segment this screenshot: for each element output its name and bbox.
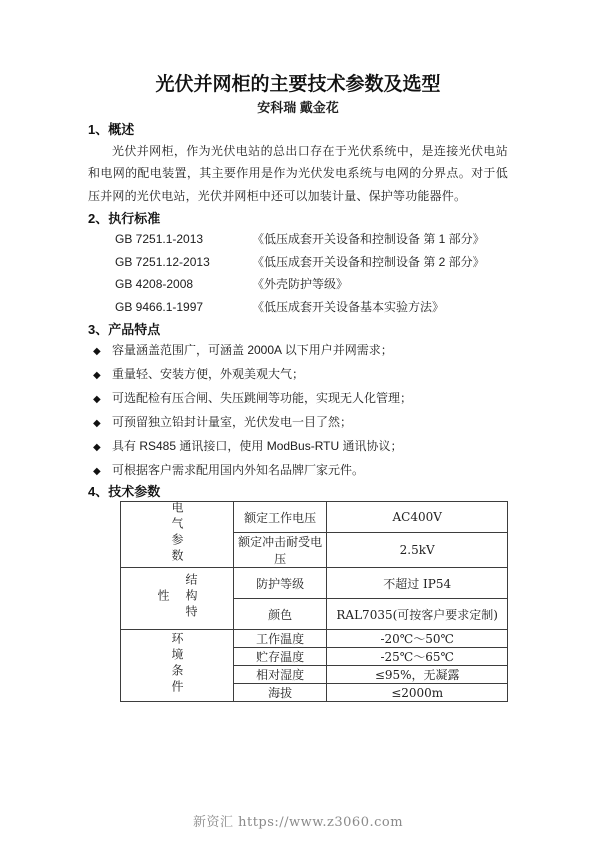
param-value: ≤95%，无凝露 [327,666,508,684]
standard-title: 《外壳防护等级》 [252,273,508,296]
param-name: 颜色 [234,599,327,630]
param-name: 额定工作电压 [234,502,327,533]
overview-paragraph: 光伏并网柜，作为光伏电站的总出口存在于光伏系统中，是连接光伏电站和电网的配电装置… [88,140,508,207]
standard-code: GB 4208-2008 [115,273,252,296]
diamond-bullet-icon: ◆ [93,340,112,363]
param-name: 海拔 [234,684,327,702]
feature-text: 可根据客户需求配用国内外知名品牌厂家元件。 [112,459,508,482]
standards-list: GB 7251.1-2013 《低压成套开关设备和控制设备 第 1 部分》 GB… [88,227,508,318]
standard-item: GB 4208-2008 《外壳防护等级》 [88,273,508,296]
standard-item: GB 7251.1-2013 《低压成套开关设备和控制设备 第 1 部分》 [88,228,508,251]
diamond-bullet-icon: ◆ [93,460,112,483]
param-name: 贮存温度 [234,648,327,666]
group-label-text: 环境条件 [163,632,191,696]
group-label-structure: 结构特性 [121,568,234,630]
section-heading-parameters: 4、技术参数 [88,483,508,500]
group-label-text: 结构特性 [149,568,205,628]
section-heading-standards: 2、执行标准 [88,210,508,227]
param-name: 相对湿度 [234,666,327,684]
feature-item: ◆ 重量轻、安装方便，外观美观大气； [88,363,508,387]
standard-title: 《低压成套开关设备和控制设备 第 2 部分》 [252,251,508,274]
feature-text: 可选配检有压合闸、失压跳闸等功能，实现无人化管理； [112,387,508,410]
param-value: 不超过 IP54 [327,568,508,599]
feature-text: 容量涵盖范围广，可涵盖 2000A 以下用户并网需求； [112,339,508,362]
param-name: 工作温度 [234,630,327,648]
table-row: 环境条件 工作温度 -20℃～50℃ [121,630,508,648]
diamond-bullet-icon: ◆ [93,412,112,435]
document-body: 1、概述 光伏并网柜，作为光伏电站的总出口存在于光伏系统中，是连接光伏电站和电网… [88,121,508,702]
page-title: 光伏并网柜的主要技术参数及选型 [0,73,596,97]
feature-text: 重量轻、安装方便，外观美观大气； [112,363,508,386]
table-row: 电气参数 额定工作电压 AC400V [121,502,508,533]
param-name: 额定冲击耐受电压 [234,533,327,568]
feature-item: ◆ 具有 RS485 通讯接口，使用 ModBus-RTU 通讯协议； [88,435,508,459]
standard-title: 《低压成套开关设备基本实验方法》 [252,296,508,319]
footer-watermark: 新资汇 https://www.z3060.com [0,811,596,830]
param-value: -25℃～65℃ [327,648,508,666]
parameters-table: 电气参数 额定工作电压 AC400V 额定冲击耐受电压 2.5kV 结构特性 防… [120,501,508,702]
param-value: AC400V [327,502,508,533]
feature-item: ◆ 可预留独立铅封计量室，光伏发电一目了然； [88,411,508,435]
feature-item: ◆ 可选配检有压合闸、失压跳闸等功能，实现无人化管理； [88,387,508,411]
group-label-environment: 环境条件 [121,630,234,702]
author-line: 安科瑞 戴金花 [0,100,596,116]
diamond-bullet-icon: ◆ [93,388,112,411]
feature-text: 具有 RS485 通讯接口，使用 ModBus-RTU 通讯协议； [112,435,508,458]
diamond-bullet-icon: ◆ [93,436,112,459]
feature-item: ◆ 容量涵盖范围广，可涵盖 2000A 以下用户并网需求； [88,339,508,363]
param-value: -20℃～50℃ [327,630,508,648]
section-heading-features: 3、产品特点 [88,321,508,338]
standard-code: GB 9466.1-1997 [115,296,252,319]
param-value: 2.5kV [327,533,508,568]
section-heading-overview: 1、概述 [88,121,508,138]
param-name: 防护等级 [234,568,327,599]
feature-item: ◆ 可根据客户需求配用国内外知名品牌厂家元件。 [88,459,508,483]
standard-code: GB 7251.12-2013 [115,251,252,274]
param-value: ≤2000m [327,684,508,702]
standard-code: GB 7251.1-2013 [115,228,252,251]
standard-item: GB 7251.12-2013 《低压成套开关设备和控制设备 第 2 部分》 [88,251,508,274]
table-row: 结构特性 防护等级 不超过 IP54 [121,568,508,599]
group-label-electrical: 电气参数 [121,502,234,568]
param-value: RAL7035(可按客户要求定制) [327,599,508,630]
features-list: ◆ 容量涵盖范围广，可涵盖 2000A 以下用户并网需求； ◆ 重量轻、安装方便… [88,338,508,483]
group-label-text: 电气参数 [163,502,191,566]
standard-item: GB 9466.1-1997 《低压成套开关设备基本实验方法》 [88,296,508,319]
document-page: 光伏并网柜的主要技术参数及选型 安科瑞 戴金花 1、概述 光伏并网柜，作为光伏电… [0,0,596,842]
feature-text: 可预留独立铅封计量室，光伏发电一目了然； [112,411,508,434]
diamond-bullet-icon: ◆ [93,364,112,387]
standard-title: 《低压成套开关设备和控制设备 第 1 部分》 [252,228,508,251]
